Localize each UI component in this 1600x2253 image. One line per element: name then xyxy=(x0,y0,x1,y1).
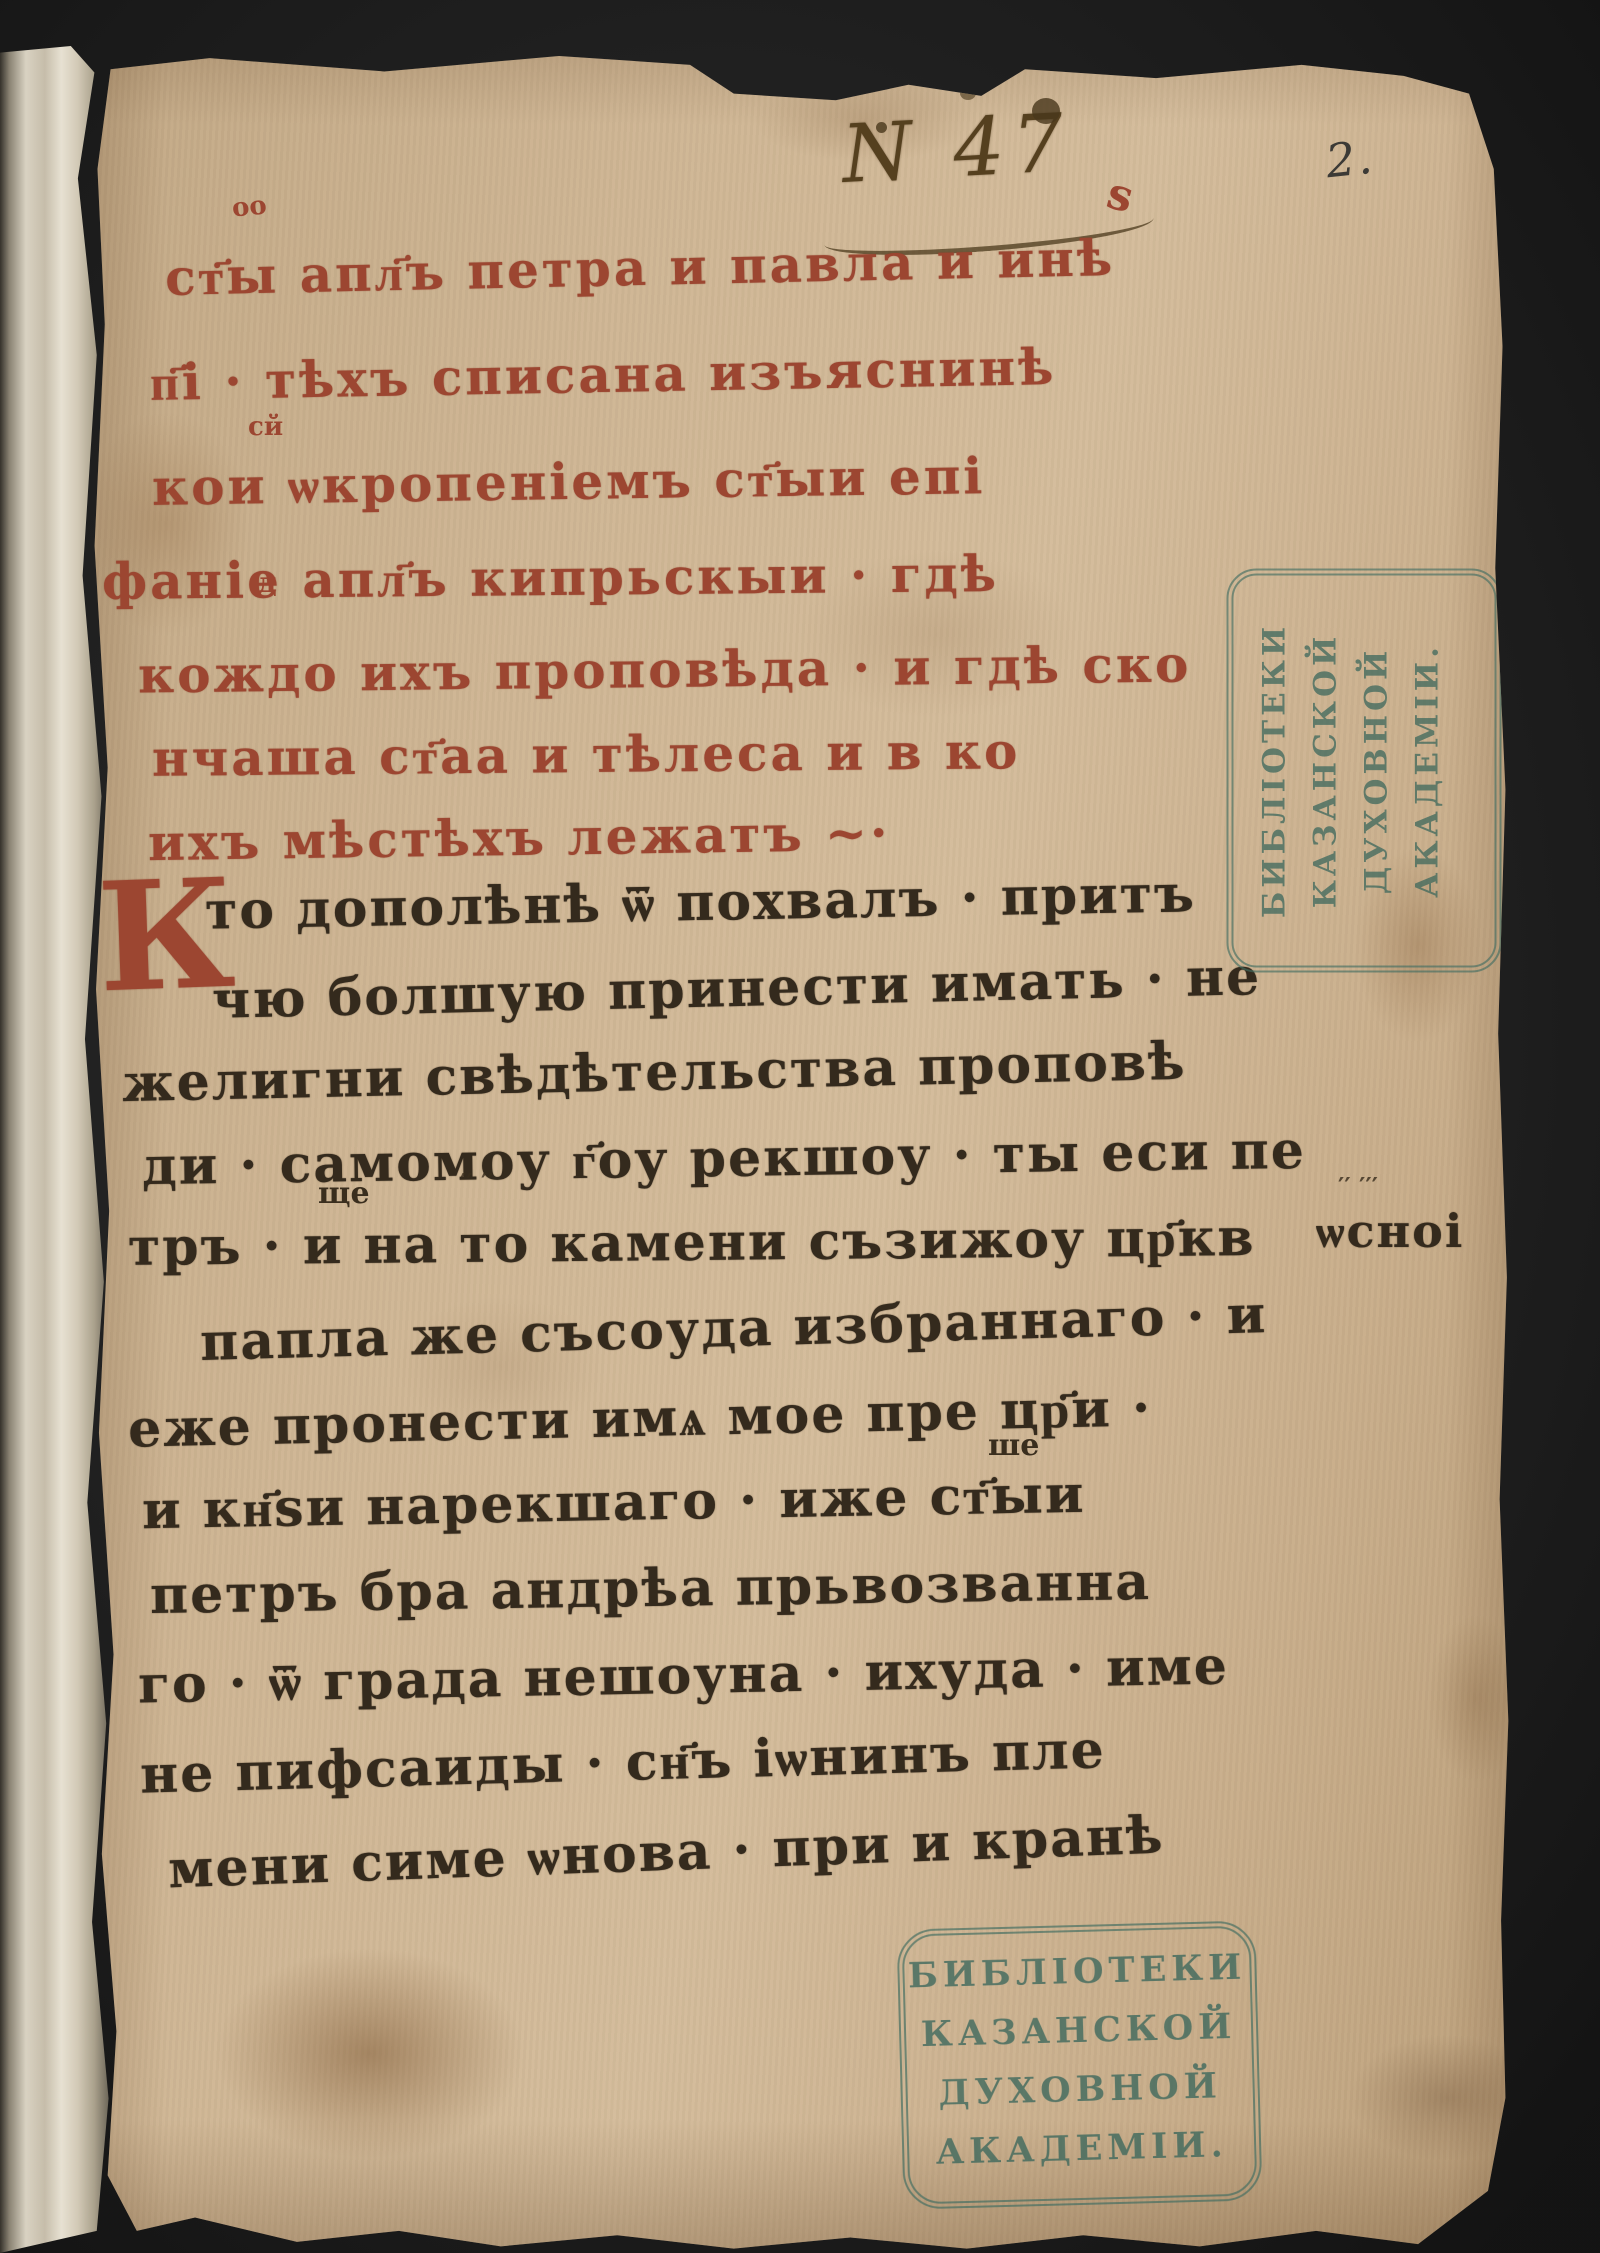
superscript-mark: сй xyxy=(248,412,283,442)
black-line-2: чю болшую принести имать · не xyxy=(211,946,1261,1031)
black-line-5: тръ · и на то камени съзижоу цр҃кв xyxy=(128,1207,1256,1278)
stamp-line: БИБЛІОТЕКИ xyxy=(904,1938,1250,2006)
black-line-1: то дополѣнѣ ѿ похвалъ · притъ xyxy=(205,863,1197,941)
stamp-line: КАЗАНСКОЙ xyxy=(1301,576,1352,966)
black-line-11: не пифсаиды · сн҃ъ іѡнинъ пле xyxy=(139,1719,1106,1805)
red-line-4: фаніе апл҃ъ кипрьскыи · гдѣ xyxy=(102,544,999,611)
superscript-mark: оо xyxy=(231,191,268,224)
tick-marks: ′′ ′′ xyxy=(460,1168,494,1197)
red-line-5: кождо ихъ проповѣда · и гдѣ ско xyxy=(138,634,1192,704)
page-edge-stack xyxy=(0,46,118,2253)
black-line-10: го · ѿ града нешоуна · ихуда · име xyxy=(138,1635,1230,1715)
stamp-line: БИБЛІОТЕКИ xyxy=(1250,576,1301,966)
stamp-line: КАЗАНСКОЙ xyxy=(905,1997,1251,2065)
red-line-1: ст҃ы апл҃ъ петра и павла и инѣ xyxy=(164,228,1115,307)
manuscript-page: N 47 2. ст҃ы апл҃ъ петра и павла и инѣ п… xyxy=(64,36,1520,2253)
folio-number: 2. xyxy=(1323,130,1376,189)
stamp-line: ДУХОВНОЙ xyxy=(1352,576,1403,966)
black-line-9: петръ бра андрѣа прьвозванна xyxy=(150,1551,1152,1626)
black-line-4: ди · самомоу г҃оу рекшоу · ты еси пе xyxy=(142,1120,1307,1197)
ink-blot xyxy=(1032,98,1060,124)
ink-blot xyxy=(876,122,887,133)
red-line-6: нчаша ст҃аа и тѣлеса и в ко xyxy=(152,721,1021,788)
manuscript-scan: N 47 2. ст҃ы апл҃ъ петра и павла и инѣ п… xyxy=(0,0,1600,2253)
library-stamp-side: БИБЛІОТЕКИ КАЗАНСКОЙ ДУХОВНОЙ АКАДЕМІИ. xyxy=(1227,569,1502,973)
black-line-3: желигни свѣдѣтельства проповѣ xyxy=(121,1031,1187,1114)
stamp-line: АКАДЕМІИ. xyxy=(1403,576,1454,966)
superscript-mark: ще xyxy=(318,1176,370,1211)
stamp-line: ДУХОВНОЙ xyxy=(907,2055,1253,2123)
black-line-6: папла же съсоуда избраннаго · и xyxy=(199,1284,1268,1373)
superscript-mark: ше xyxy=(988,1428,1039,1463)
scan-background: { "page": { "catalog_number": "N 47", "f… xyxy=(0,0,1600,2253)
stamp-line: АКАДЕМІИ. xyxy=(908,2114,1254,2182)
black-line-8: и кн҃ѕи нарекшаго · иже ст҃ыи xyxy=(142,1464,1086,1541)
black-line-12: мени симе ѡнова · при и кранѣ xyxy=(167,1805,1165,1901)
library-stamp-bottom: БИБЛІОТЕКИ КАЗАНСКОЙ ДУХОВНОЙ АКАДЕМІИ. xyxy=(896,1920,1262,2209)
red-line-2: п҃і · тѣхъ списана изъяснинѣ xyxy=(150,337,1057,412)
red-line-7: ихъ мѣстѣхъ лежатъ ~· xyxy=(148,803,891,872)
superscript-mark: д xyxy=(258,566,277,599)
ink-blot xyxy=(960,86,976,100)
tick-marks: ′′ ′′′ xyxy=(1338,1172,1378,1201)
marginal-note: ѡсноі xyxy=(1316,1204,1464,1258)
red-line-3: кои ѡкропеніемъ ст҃ыи епі xyxy=(152,446,986,517)
